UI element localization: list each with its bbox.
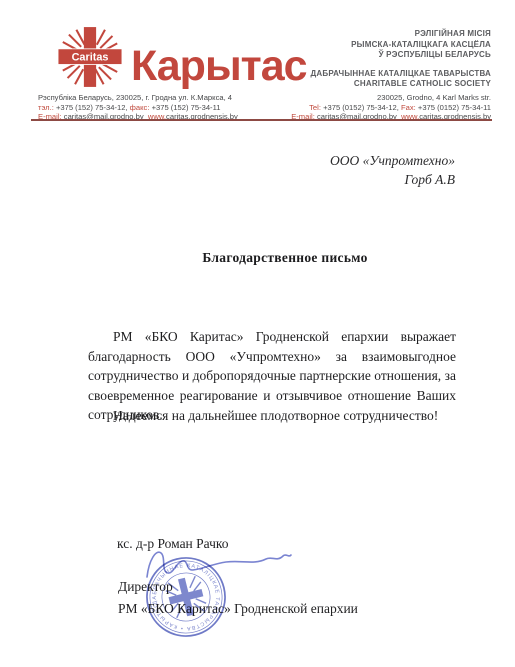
caritas-logo-block: Caritas Карытас (56, 24, 307, 90)
handwritten-signature (142, 544, 294, 584)
fax-label: Fax: (401, 103, 416, 112)
society-block: ДАБРАЧЫННАЕ КАТАЛІЦКАЕ ТАВАРЫСТВА CHARIT… (311, 69, 492, 90)
header-org-names: РЭЛІГІЙНАЯ МІСІЯ РЫМСКА-КАТАЛІЦКАГА КАСЦ… (311, 29, 492, 90)
address-line: Рэспубліка Беларусь, 230025, г. Гродна у… (38, 93, 238, 103)
contact-block-belarusian: Рэспубліка Беларусь, 230025, г. Гродна у… (38, 93, 238, 122)
mission-block: РЭЛІГІЙНАЯ МІСІЯ РЫМСКА-КАТАЛІЦКАГА КАСЦ… (311, 29, 492, 61)
tel-label: тэл.: (38, 103, 54, 112)
header-divider (31, 119, 492, 121)
phone-line: Tel: +375 (0152) 75-34-12, Fax: +375 (01… (291, 103, 491, 113)
society-line: ДАБРАЧЫННАЕ КАТАЛІЦКАЕ ТАВАРЫСТВА (311, 69, 492, 80)
mission-line: РЫМСКА-КАТАЛІЦКАГА КАСЦЁЛА (311, 40, 492, 51)
society-line: CHARITABLE CATHOLIC SOCIETY (311, 79, 492, 90)
address-line: 230025, Grodno, 4 Karl Marks str. (291, 93, 491, 103)
mission-line: РЭЛІГІЙНАЯ МІСІЯ (311, 29, 492, 40)
recipient-company: ООО «Учпромтехно» (330, 151, 455, 170)
logo-banner: Caritas (58, 49, 122, 65)
fax-label: факс: (130, 103, 150, 112)
logo-caritas-label: Caritas (72, 51, 109, 63)
recipient-block: ООО «Учпромтехно» Горб А.В (330, 151, 455, 189)
fax-value: +375 (152) 75-34-11 (152, 103, 221, 112)
letter-paragraph-2: Надеемся на дальнейшее плодотворное сотр… (88, 406, 456, 426)
tel-value: +375 (0152) 75-34-12, (323, 103, 399, 112)
fax-value: +375 (0152) 75-34-11 (418, 103, 491, 112)
tel-value: +375 (152) 75-34-12, (56, 103, 128, 112)
caritas-wordmark: Карытас (131, 45, 307, 88)
mission-line: Ў РЭСПУБЛІЦЫ БЕЛАРУСЬ (311, 50, 492, 61)
contact-block-english: 230025, Grodno, 4 Karl Marks str. Tel: +… (291, 93, 491, 122)
scanned-letter-page: Caritas Карытас РЭЛІГІЙНАЯ МІСІЯ РЫМСКА-… (0, 0, 515, 667)
caritas-logo-icon: Caritas (56, 24, 124, 90)
tel-label: Tel: (309, 103, 321, 112)
recipient-person: Горб А.В (330, 170, 455, 189)
phone-line: тэл.: +375 (152) 75-34-12, факс: +375 (1… (38, 103, 238, 113)
letter-title: Благодарственное письмо (110, 250, 460, 266)
